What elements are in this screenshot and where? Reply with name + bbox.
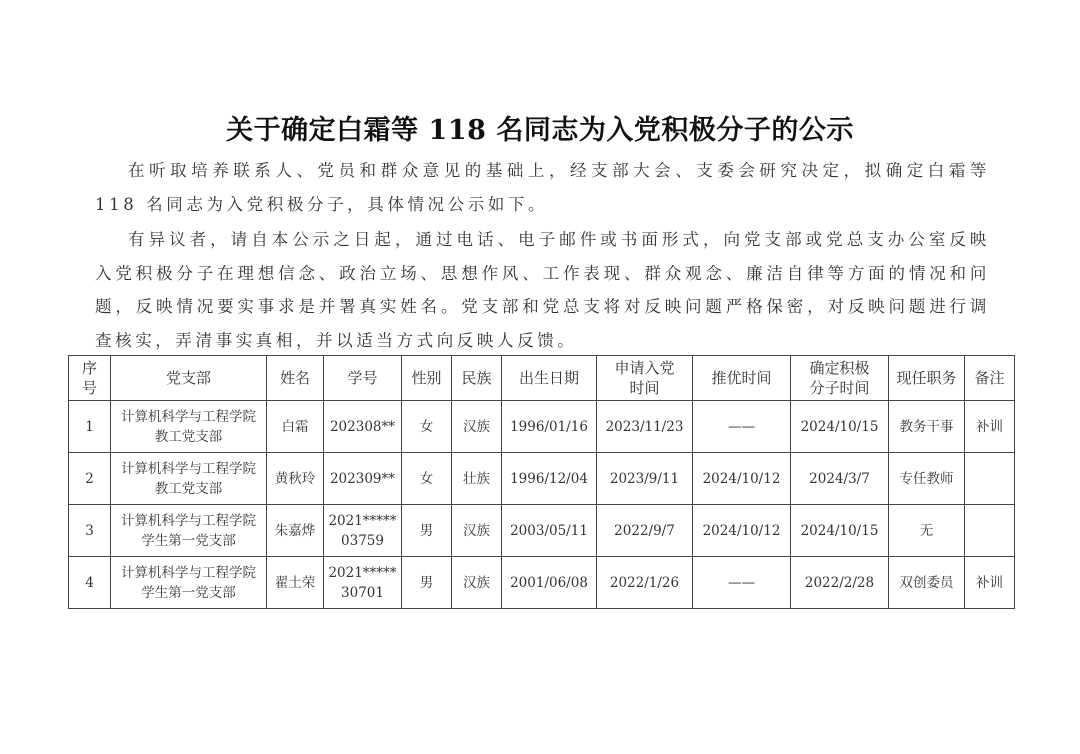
cell-seq: 4 [69,557,111,609]
cell-gender: 女 [402,401,452,453]
cell-note [965,505,1015,557]
cell-note: 补训 [965,401,1015,453]
cell-student-id: 202308** [324,401,402,453]
cell-seq: 1 [69,401,111,453]
header-recommend-date: 推优时间 [693,356,791,401]
header-seq: 序号 [69,356,111,401]
cell-recommend-date: 2024/10/12 [693,453,791,505]
cell-recommend-date: —— [693,557,791,609]
cell-confirm-date: 2024/10/15 [791,401,889,453]
cell-birth-date: 2001/06/08 [502,557,597,609]
cell-ethnicity: 汉族 [452,505,502,557]
cell-apply-date: 2022/1/26 [597,557,693,609]
cell-student-id: 202309** [324,453,402,505]
cell-seq: 2 [69,453,111,505]
header-birth-date: 出生日期 [502,356,597,401]
cell-name: 翟土荣 [267,557,324,609]
activist-table: 序号 党支部 姓名 学号 性别 民族 出生日期 申请入党时间 推优时间 确定积极… [68,355,1015,609]
cell-student-id: 2021*****30701 [324,557,402,609]
table-row: 1 计算机科学与工程学院教工党支部 白霜 202308** 女 汉族 1996/… [69,401,1015,453]
cell-apply-date: 2023/9/11 [597,453,693,505]
cell-note [965,453,1015,505]
header-gender: 性别 [402,356,452,401]
cell-ethnicity: 汉族 [452,401,502,453]
header-student-id: 学号 [324,356,402,401]
header-ethnicity: 民族 [452,356,502,401]
table-row: 3 计算机科学与工程学院学生第一党支部 朱嘉烨 2021*****03759 男… [69,505,1015,557]
cell-birth-date: 2003/05/11 [502,505,597,557]
header-apply-date: 申请入党时间 [597,356,693,401]
objection-paragraph: 有异议者，请自本公示之日起，通过电话、电子邮件或书面形式，向党支部或党总支办公室… [95,223,990,357]
cell-name: 黄秋玲 [267,453,324,505]
cell-gender: 男 [402,557,452,609]
cell-position: 专任教师 [889,453,965,505]
cell-position: 双创委员 [889,557,965,609]
cell-name: 白霜 [267,401,324,453]
cell-name: 朱嘉烨 [267,505,324,557]
header-name: 姓名 [267,356,324,401]
cell-position: 无 [889,505,965,557]
cell-recommend-date: 2024/10/12 [693,505,791,557]
cell-branch: 计算机科学与工程学院教工党支部 [111,453,267,505]
cell-gender: 男 [402,505,452,557]
header-branch: 党支部 [111,356,267,401]
table-row: 2 计算机科学与工程学院教工党支部 黄秋玲 202309** 女 壮族 1996… [69,453,1015,505]
header-confirm-date: 确定积极分子时间 [791,356,889,401]
cell-ethnicity: 壮族 [452,453,502,505]
header-note: 备注 [965,356,1015,401]
table-row: 4 计算机科学与工程学院学生第一党支部 翟土荣 2021*****30701 男… [69,557,1015,609]
document-title: 关于确定白霜等 118 名同志为入党积极分子的公示 [0,108,1080,147]
cell-branch: 计算机科学与工程学院学生第一党支部 [111,557,267,609]
cell-position: 教务干事 [889,401,965,453]
table-header-row: 序号 党支部 姓名 学号 性别 民族 出生日期 申请入党时间 推优时间 确定积极… [69,356,1015,401]
cell-ethnicity: 汉族 [452,557,502,609]
cell-student-id: 2021*****03759 [324,505,402,557]
cell-birth-date: 1996/12/04 [502,453,597,505]
intro-paragraph: 在听取培养联系人、党员和群众意见的基础上，经支部大会、支委会研究决定，拟确定白霜… [95,154,990,221]
cell-seq: 3 [69,505,111,557]
cell-confirm-date: 2022/2/28 [791,557,889,609]
header-position: 现任职务 [889,356,965,401]
cell-apply-date: 2022/9/7 [597,505,693,557]
cell-branch: 计算机科学与工程学院教工党支部 [111,401,267,453]
cell-branch: 计算机科学与工程学院学生第一党支部 [111,505,267,557]
cell-note: 补训 [965,557,1015,609]
cell-apply-date: 2023/11/23 [597,401,693,453]
cell-recommend-date: —— [693,401,791,453]
cell-confirm-date: 2024/3/7 [791,453,889,505]
cell-birth-date: 1996/01/16 [502,401,597,453]
cell-gender: 女 [402,453,452,505]
cell-confirm-date: 2024/10/15 [791,505,889,557]
